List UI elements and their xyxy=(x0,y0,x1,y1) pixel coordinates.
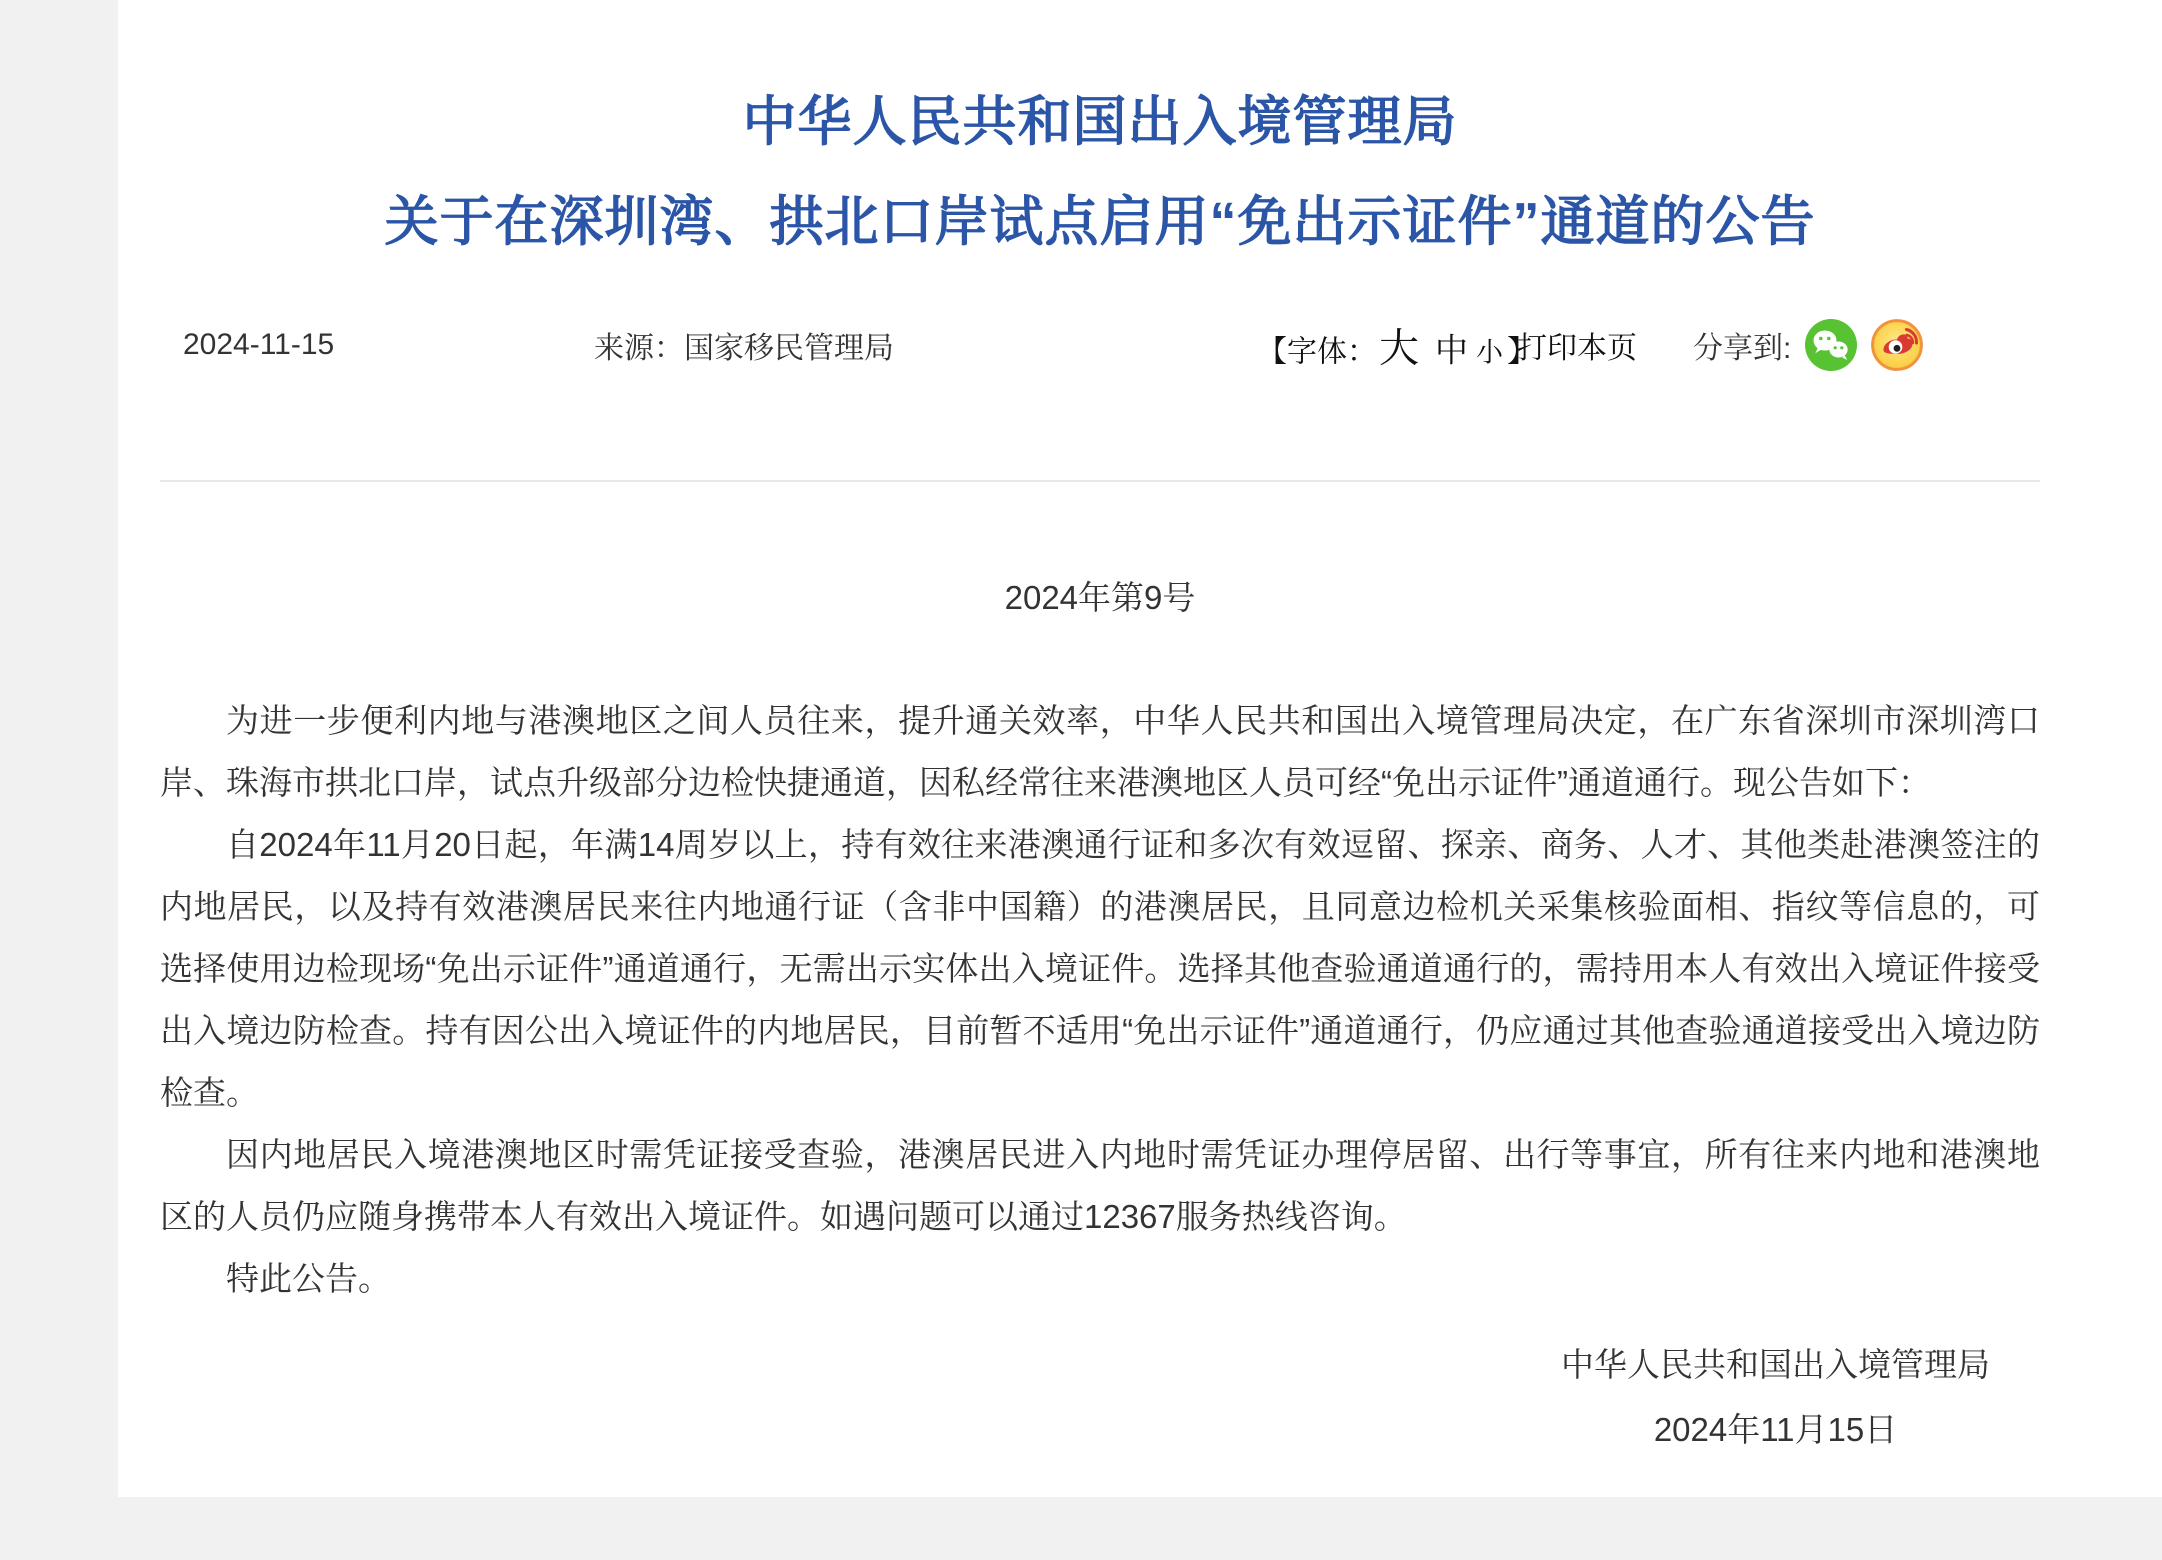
paragraph-closing: 特此公告。 xyxy=(160,1248,2040,1310)
signature-agency: 中华人民共和国出入境管理局 xyxy=(1561,1332,1990,1397)
wechat-share-icon[interactable] xyxy=(1805,319,1857,371)
article-body: 为进一步便利内地与港澳地区之间人员往来，提升通关效率，中华人民共和国出入境管理局… xyxy=(160,690,2040,1310)
document-number: 2024年第9号 xyxy=(160,578,2040,618)
paragraph-3: 因内地居民入境港澳地区时需凭证接受查验，港澳居民进入内地时需凭证办理停居留、出行… xyxy=(160,1124,2040,1248)
font-size-large-button[interactable]: 大 xyxy=(1379,327,1419,371)
page-title-announcement: 关于在深圳湾、拱北口岸试点启用“免出示证件”通道的公告 xyxy=(160,172,2040,272)
paragraph-2: 自2024年11月20日起，年满14周岁以上，持有效往来港澳通行证和多次有效逗留… xyxy=(160,814,2040,1124)
weibo-share-icon[interactable] xyxy=(1871,319,1923,371)
meta-row: 2024-11-15 来源：国家移民管理局 【字体：大中小】 打印本页 分享到: xyxy=(160,310,2040,380)
print-page-button[interactable]: 打印本页 xyxy=(1517,323,1637,367)
source-label: 来源：国家移民管理局 xyxy=(594,323,894,367)
page-title-agency: 中华人民共和国出入境管理局 xyxy=(160,0,2040,172)
header-divider xyxy=(160,480,2040,482)
share-bar: 分享到: xyxy=(1693,319,1923,371)
signature-date: 2024年11月15日 xyxy=(1561,1397,1990,1462)
browser-viewport: 中华人民共和国出入境管理局 关于在深圳湾、拱北口岸试点启用“免出示证件”通道的公… xyxy=(0,0,2162,1560)
announcement-page: 中华人民共和国出入境管理局 关于在深圳湾、拱北口岸试点启用“免出示证件”通道的公… xyxy=(118,0,2162,1497)
font-size-prefix: 【字体： xyxy=(1257,336,1377,369)
font-size-medium-button[interactable]: 中 xyxy=(1435,332,1468,369)
publish-date: 2024-11-15 xyxy=(183,328,334,362)
font-size-small-button[interactable]: 小 xyxy=(1476,338,1503,368)
font-size-widget: 【字体：大中小】 xyxy=(1257,317,1537,374)
paragraph-1: 为进一步便利内地与港澳地区之间人员往来，提升通关效率，中华人民共和国出入境管理局… xyxy=(160,690,2040,814)
share-to-label: 分享到: xyxy=(1693,323,1791,367)
signature-block: 中华人民共和国出入境管理局 2024年11月15日 xyxy=(1561,1332,1990,1462)
content-area: 中华人民共和国出入境管理局 关于在深圳湾、拱北口岸试点启用“免出示证件”通道的公… xyxy=(160,0,2040,1462)
